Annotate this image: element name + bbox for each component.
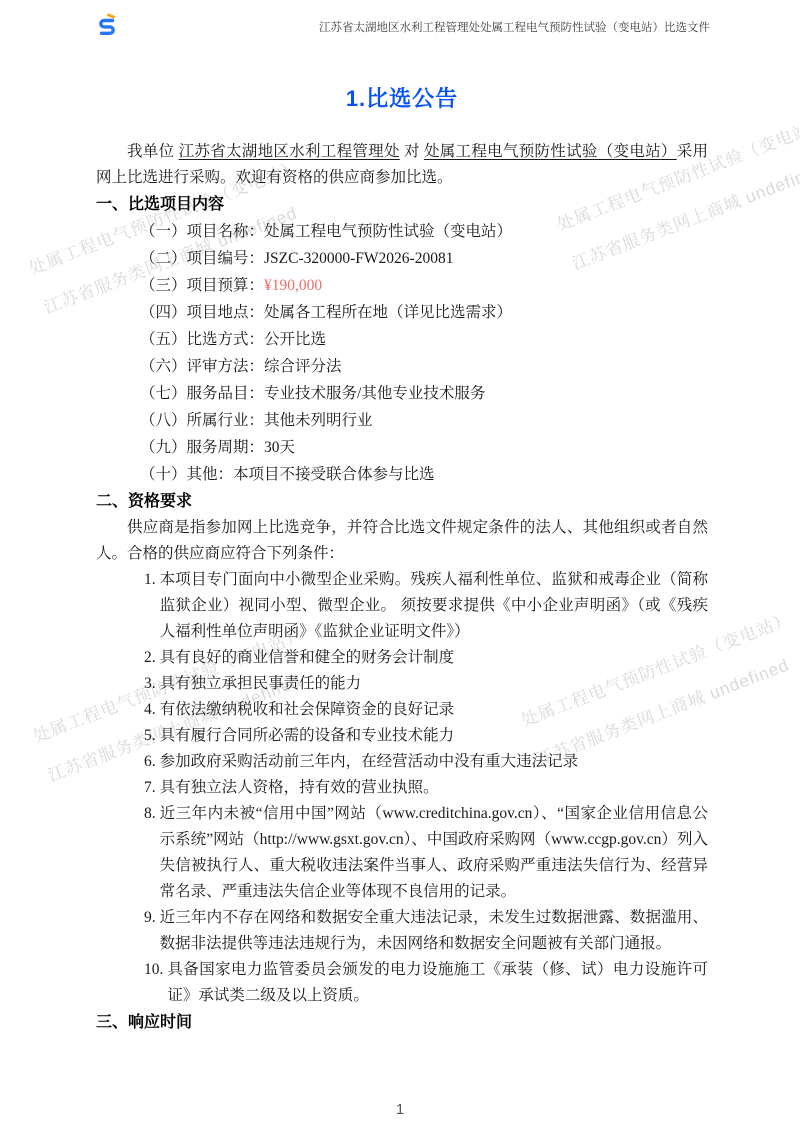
- item-text: 具有独立法人资格，持有效的营业执照。: [160, 775, 708, 801]
- item-label: （一）项目名称：: [140, 223, 264, 240]
- item-number: 7.: [144, 775, 156, 801]
- item-number: 9.: [144, 905, 156, 957]
- intro-project-underlined: 处属工程电气预防性试验（变电站）: [424, 143, 677, 160]
- item-value: 公开比选: [264, 331, 326, 348]
- list-item: （六）评审方法：综合评分法: [96, 353, 708, 380]
- item-label: （六）评审方法：: [140, 358, 264, 375]
- item-value: 30天: [264, 439, 295, 456]
- project-budget-value: ¥190,000: [264, 277, 322, 294]
- item-value: JSZC-320000-FW2026-20081: [264, 250, 453, 267]
- page-title: 1.比选公告: [96, 82, 708, 113]
- page-header: 江苏省太湖地区水利工程管理处处属工程电气预防性试验（变电站）比选文件: [0, 0, 800, 40]
- item-value: 处属各工程所在地（详见比选需求）: [264, 304, 512, 321]
- document-page: 处属工程电气预防性试验（变电站） 江苏省服务类网上商城 undefined 处属…: [0, 0, 800, 1132]
- list-item: 2.具有良好的商业信誉和健全的财务会计制度: [144, 645, 708, 671]
- list-item: （八）所属行业：其他未列明行业: [96, 407, 708, 434]
- section2-heading: 二、资格要求: [96, 489, 708, 515]
- item-value: 其他未列明行业: [264, 412, 373, 429]
- item-number: 8.: [144, 801, 156, 905]
- document-content: 1.比选公告 我单位 江苏省太湖地区水利工程管理处 对 处属工程电气预防性试验（…: [0, 82, 800, 1036]
- item-number: 6.: [144, 749, 156, 775]
- list-item: （三）项目预算：¥190,000: [96, 272, 708, 299]
- list-item: 3.具有独立承担民事责任的能力: [144, 671, 708, 697]
- item-text: 具有独立承担民事责任的能力: [160, 671, 708, 697]
- brand-logo-icon: [96, 12, 118, 41]
- item-label: （七）服务品目：: [140, 385, 264, 402]
- item-label: （二）项目编号：: [140, 250, 264, 267]
- page-number: 1: [0, 1101, 800, 1118]
- item-text: 具有履行合同所必需的设备和专业技术能力: [160, 723, 708, 749]
- item-label: （四）项目地点：: [140, 304, 264, 321]
- intro-prefix: 我单位: [127, 143, 174, 160]
- item-number: 3.: [144, 671, 156, 697]
- item-number: 10.: [144, 957, 163, 1009]
- item-text: 近三年内未被“信用中国”网站（www.creditchina.gov.cn）、“…: [160, 801, 708, 905]
- list-item: 1.本项目专门面向中小微型企业采购。残疾人福利性单位、监狱和戒毒企业（简称监狱企…: [144, 567, 708, 645]
- list-item: （七）服务品目：专业技术服务/其他专业技术服务: [96, 380, 708, 407]
- list-item: 5.具有履行合同所必需的设备和专业技术能力: [144, 723, 708, 749]
- list-item: 6.参加政府采购活动前三年内，在经营活动中没有重大违法记录: [144, 749, 708, 775]
- item-label: （三）项目预算：: [140, 277, 264, 294]
- item-value: 专业技术服务/其他专业技术服务: [264, 385, 485, 402]
- intro-paragraph: 我单位 江苏省太湖地区水利工程管理处 对 处属工程电气预防性试验（变电站）采用网…: [96, 139, 708, 191]
- section2-list: 1.本项目专门面向中小微型企业采购。残疾人福利性单位、监狱和戒毒企业（简称监狱企…: [96, 567, 708, 1009]
- list-item: （一）项目名称：处属工程电气预防性试验（变电站）: [96, 218, 708, 245]
- header-doc-title: 江苏省太湖地区水利工程管理处处属工程电气预防性试验（变电站）比选文件: [118, 19, 710, 35]
- item-value: 处属工程电气预防性试验（变电站）: [264, 223, 512, 240]
- item-text: 有依法缴纳税收和社会保障资金的良好记录: [160, 697, 708, 723]
- item-text: 近三年内不存在网络和数据安全重大违法记录，未发生过数据泄露、数据滥用、数据非法提…: [160, 905, 708, 957]
- list-item: （九）服务周期：30天: [96, 434, 708, 461]
- intro-org-underlined: 江苏省太湖地区水利工程管理处: [179, 143, 400, 160]
- list-item: 4.有依法缴纳税收和社会保障资金的良好记录: [144, 697, 708, 723]
- item-label: （八）所属行业：: [140, 412, 264, 429]
- item-text: 参加政府采购活动前三年内，在经营活动中没有重大违法记录: [160, 749, 708, 775]
- section2-intro: 供应商是指参加网上比选竞争，并符合比选文件规定条件的法人、其他组织或者自然人。合…: [96, 515, 708, 567]
- item-text: 具有良好的商业信誉和健全的财务会计制度: [160, 645, 708, 671]
- list-item: 9.近三年内不存在网络和数据安全重大违法记录，未发生过数据泄露、数据滥用、数据非…: [144, 905, 708, 957]
- item-label: （十）其他：: [140, 466, 233, 483]
- item-label: （九）服务周期：: [140, 439, 264, 456]
- list-item: （十）其他：本项目不接受联合体参与比选: [96, 461, 708, 488]
- item-number: 5.: [144, 723, 156, 749]
- section1-list: （一）项目名称：处属工程电气预防性试验（变电站） （二）项目编号：JSZC-32…: [96, 218, 708, 488]
- item-number: 2.: [144, 645, 156, 671]
- list-item: 7.具有独立法人资格，持有效的营业执照。: [144, 775, 708, 801]
- item-number: 1.: [144, 567, 156, 645]
- item-value: 综合评分法: [264, 358, 342, 375]
- list-item: （二）项目编号：JSZC-320000-FW2026-20081: [96, 245, 708, 272]
- item-label: （五）比选方式：: [140, 331, 264, 348]
- list-item: 10.具备国家电力监管委员会颁发的电力设施施工《承装（修、试）电力设施许可证》承…: [144, 957, 708, 1009]
- intro-middle: 对: [404, 143, 420, 160]
- section1-heading: 一、比选项目内容: [96, 192, 708, 218]
- item-text: 具备国家电力监管委员会颁发的电力设施施工《承装（修、试）电力设施许可证》承试类二…: [167, 957, 708, 1009]
- item-text: 本项目专门面向中小微型企业采购。残疾人福利性单位、监狱和戒毒企业（简称监狱企业）…: [160, 567, 708, 645]
- item-value: 本项目不接受联合体参与比选: [233, 466, 435, 483]
- list-item: （四）项目地点：处属各工程所在地（详见比选需求）: [96, 299, 708, 326]
- list-item: （五）比选方式：公开比选: [96, 326, 708, 353]
- list-item: 8.近三年内未被“信用中国”网站（www.creditchina.gov.cn）…: [144, 801, 708, 905]
- item-number: 4.: [144, 697, 156, 723]
- section3-heading: 三、响应时间: [96, 1010, 708, 1036]
